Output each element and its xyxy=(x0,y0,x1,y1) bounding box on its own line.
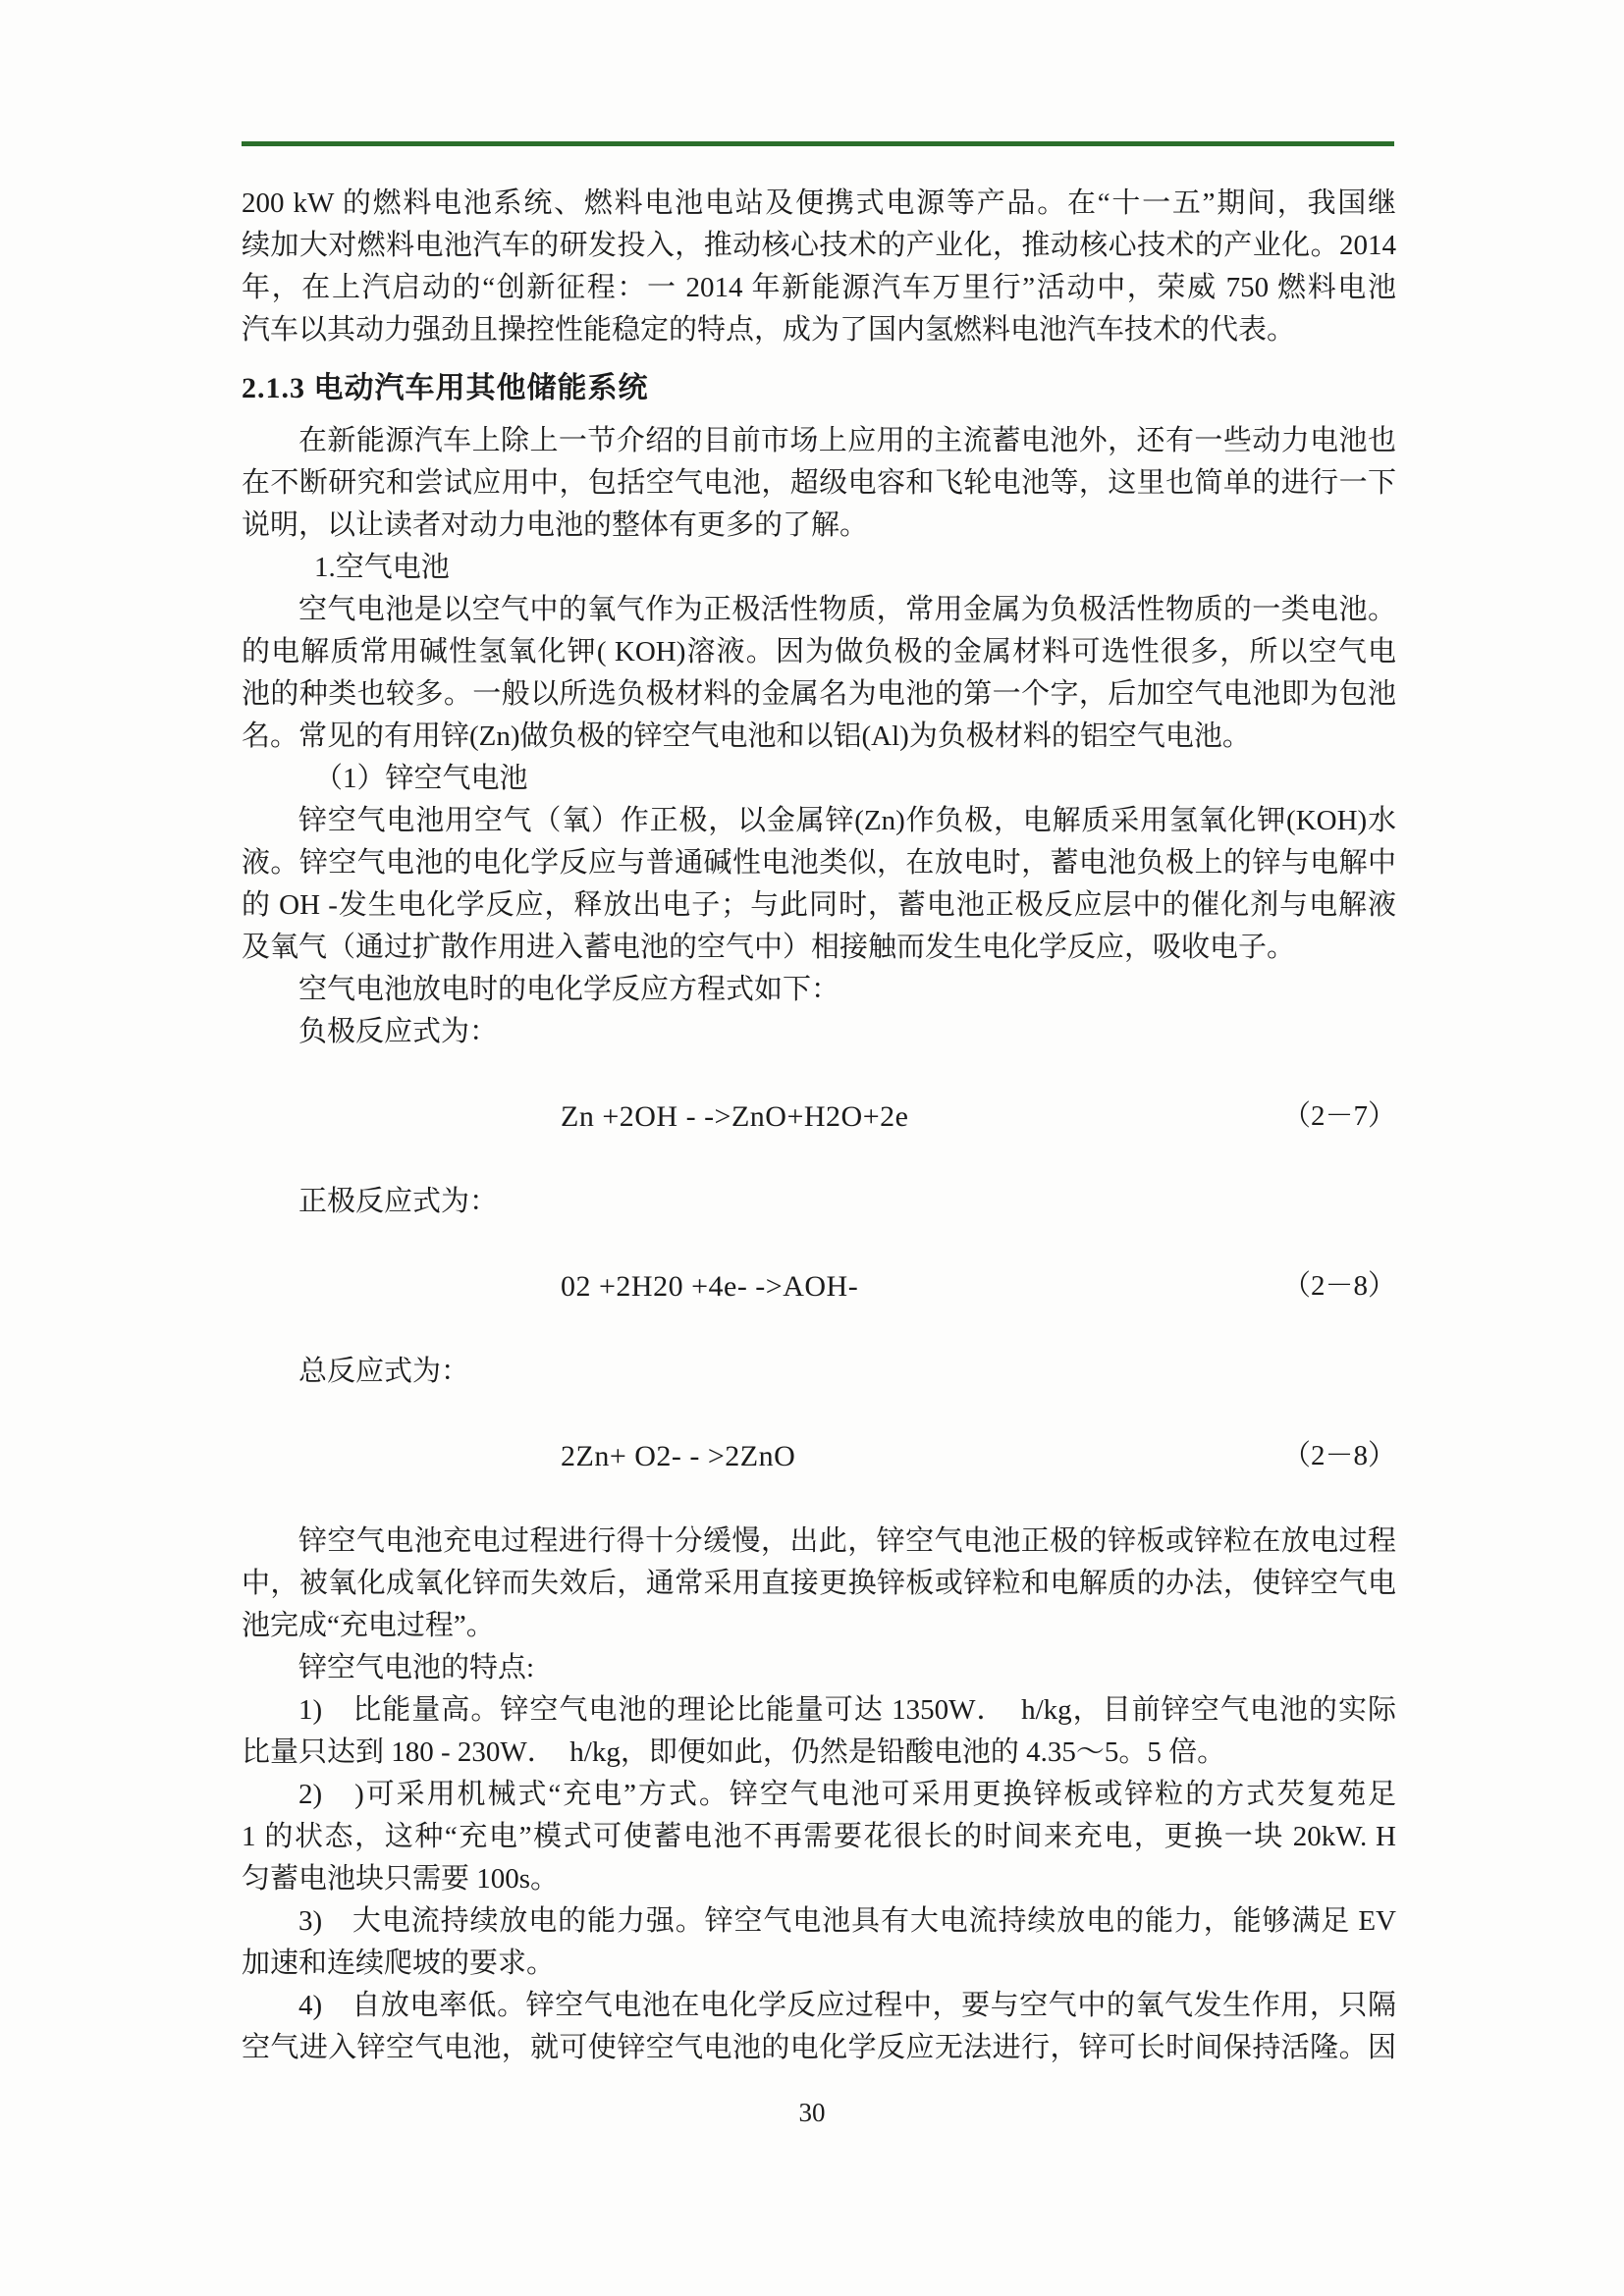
spacer xyxy=(242,1223,1396,1265)
text-line: 汽车以其动力强劲且操控性能稳定的特点，成为了国内氢燃料电池汽车技术的代表。 xyxy=(242,309,1396,351)
document-body: 200 kW 的燃料电池系统、燃料电池电站及便携式电源等产品。在“十一五”期间，… xyxy=(242,183,1396,2069)
formula-number: （2－8） xyxy=(1282,1265,1396,1308)
header-rule xyxy=(242,141,1394,146)
spacer xyxy=(242,1393,1396,1435)
text-line: 锌空气电池的特点: xyxy=(242,1647,1396,1689)
text-line: 空气进入锌空气电池，就可使锌空气电池的电化学反应无法进行，锌可长时间保持活隆。因 xyxy=(242,2027,1396,2069)
text-line: 液。锌空气电池的电化学反应与普通碱性电池类似，在放电时，蓄电池负极上的锌与电解中 xyxy=(242,842,1396,884)
text-line: 说明，以让读者对动力电池的整体有更多的了解。 xyxy=(242,505,1396,547)
formula-row: 2Zn+ O2- - >2ZnO（2－8） xyxy=(242,1435,1396,1478)
formula-number: （2－8） xyxy=(1282,1435,1396,1477)
text-line: 锌空气电池用空气（氧）作正极，以金属锌(Zn)作负极，电解质采用氢氧化钾(KOH… xyxy=(242,800,1396,842)
formula-row: Zn +2OH - ->ZnO+H2O+2e（2－7） xyxy=(242,1095,1396,1139)
subsection-heading: （1）锌空气电池 xyxy=(242,758,1396,800)
text-line: 负极反应式为： xyxy=(242,1011,1396,1053)
text-line: 1 的状态，这种“充电”模式可使蓄电池不再需要花很长的时间来充电，更换一块 20… xyxy=(242,1816,1396,1858)
section-heading: 2.1.3 电动汽车用其他储能系统 xyxy=(242,367,1396,409)
spacer xyxy=(242,1053,1396,1095)
text-line: 在新能源汽车上除上一节介绍的目前市场上应用的主流蓄电池外，还有一些动力电池也 xyxy=(242,420,1396,462)
text-line: 续加大对燃料电池汽车的研发投入，推动核心技术的产业化，推动核心技术的产业化。20… xyxy=(242,225,1396,267)
spacer xyxy=(242,1139,1396,1181)
text-line: 200 kW 的燃料电池系统、燃料电池电站及便携式电源等产品。在“十一五”期间，… xyxy=(242,183,1396,225)
formula-row: 02 +2H20 +4e- ->AOH-（2－8） xyxy=(242,1265,1396,1308)
text-line: 空气电池是以空气中的氧气作为正极活性物质，常用金属为负极活性物质的一类电池。 xyxy=(242,589,1396,631)
text-line: 3) 大电流持续放电的能力强。锌空气电池具有大电流持续放电的能力，能够满足 EV xyxy=(242,1900,1396,1943)
text-line: 加速和连续爬坡的要求。 xyxy=(242,1943,1396,1985)
text-line: 2) )可采用机械式“充电”方式。锌空气电池可采用更换锌板或锌粒的方式芡复苑足 xyxy=(242,1774,1396,1816)
text-line: 及氧气（通过扩散作用进入蓄电池的空气中）相接触而发生电化学反应，吸收电子。 xyxy=(242,927,1396,969)
spacer xyxy=(242,1478,1396,1521)
text-line: 空气电池放电时的电化学反应方程式如下： xyxy=(242,969,1396,1011)
formula-equation: Zn +2OH - ->ZnO+H2O+2e xyxy=(561,1095,908,1138)
formula-number: （2－7） xyxy=(1282,1095,1396,1138)
text-line: 在不断研究和尝试应用中，包括空气电池，超级电容和飞轮电池等，这里也简单的进行一下 xyxy=(242,462,1396,505)
text-line: 4) 自放电率低。锌空气电池在电化学反应过程中，要与空气中的氧气发生作用，只隔 xyxy=(242,1985,1396,2027)
text-line: 的电解质常用碱性氢氧化钾( KOH)溶液。因为做负极的金属材料可选性很多，所以空… xyxy=(242,631,1396,673)
formula-equation: 2Zn+ O2- - >2ZnO xyxy=(561,1435,795,1477)
text-line: 中，被氧化成氧化锌而失效后，通常采用直接更换锌板或锌粒和电解质的办法，使锌空气电 xyxy=(242,1563,1396,1605)
text-line: 年，在上汽启动的“创新征程：一 2014 年新能源汽车万里行”活动中，荣威 75… xyxy=(242,267,1396,309)
text-line: 的 OH -发生电化学反应，释放出电子；与此同时，蓄电池正极反应层中的催化剂与电… xyxy=(242,884,1396,927)
text-line: 名。常见的有用锌(Zn)做负极的锌空气电池和以铝(Al)为负极材料的铝空气电池。 xyxy=(242,716,1396,758)
text-line: 比量只达到 180 - 230W． h/kg，即便如此，仍然是铅酸电池的 4.3… xyxy=(242,1732,1396,1774)
page-number: 30 xyxy=(0,2098,1624,2128)
document-page: 200 kW 的燃料电池系统、燃料电池电站及便携式电源等产品。在“十一五”期间，… xyxy=(0,0,1624,2296)
subsection-heading: 1.空气电池 xyxy=(242,547,1396,589)
spacer xyxy=(242,1308,1396,1351)
formula-equation: 02 +2H20 +4e- ->AOH- xyxy=(561,1265,858,1308)
text-line: 匀蓄电池块只需要 100s。 xyxy=(242,1858,1396,1900)
text-line: 池的种类也较多。一般以所选负极材料的金属名为电池的第一个字，后加空气电池即为包池 xyxy=(242,673,1396,716)
text-line: 正极反应式为： xyxy=(242,1181,1396,1223)
text-line: 总反应式为： xyxy=(242,1351,1396,1393)
text-line: 池完成“充电过程”。 xyxy=(242,1605,1396,1647)
text-line: 锌空气电池充电过程进行得十分缓慢，出此，锌空气电池正极的锌板或锌粒在放电过程 xyxy=(242,1521,1396,1563)
text-line: 1) 比能量高。锌空气电池的理论比能量可达 1350W． h/kg，目前锌空气电… xyxy=(242,1689,1396,1732)
